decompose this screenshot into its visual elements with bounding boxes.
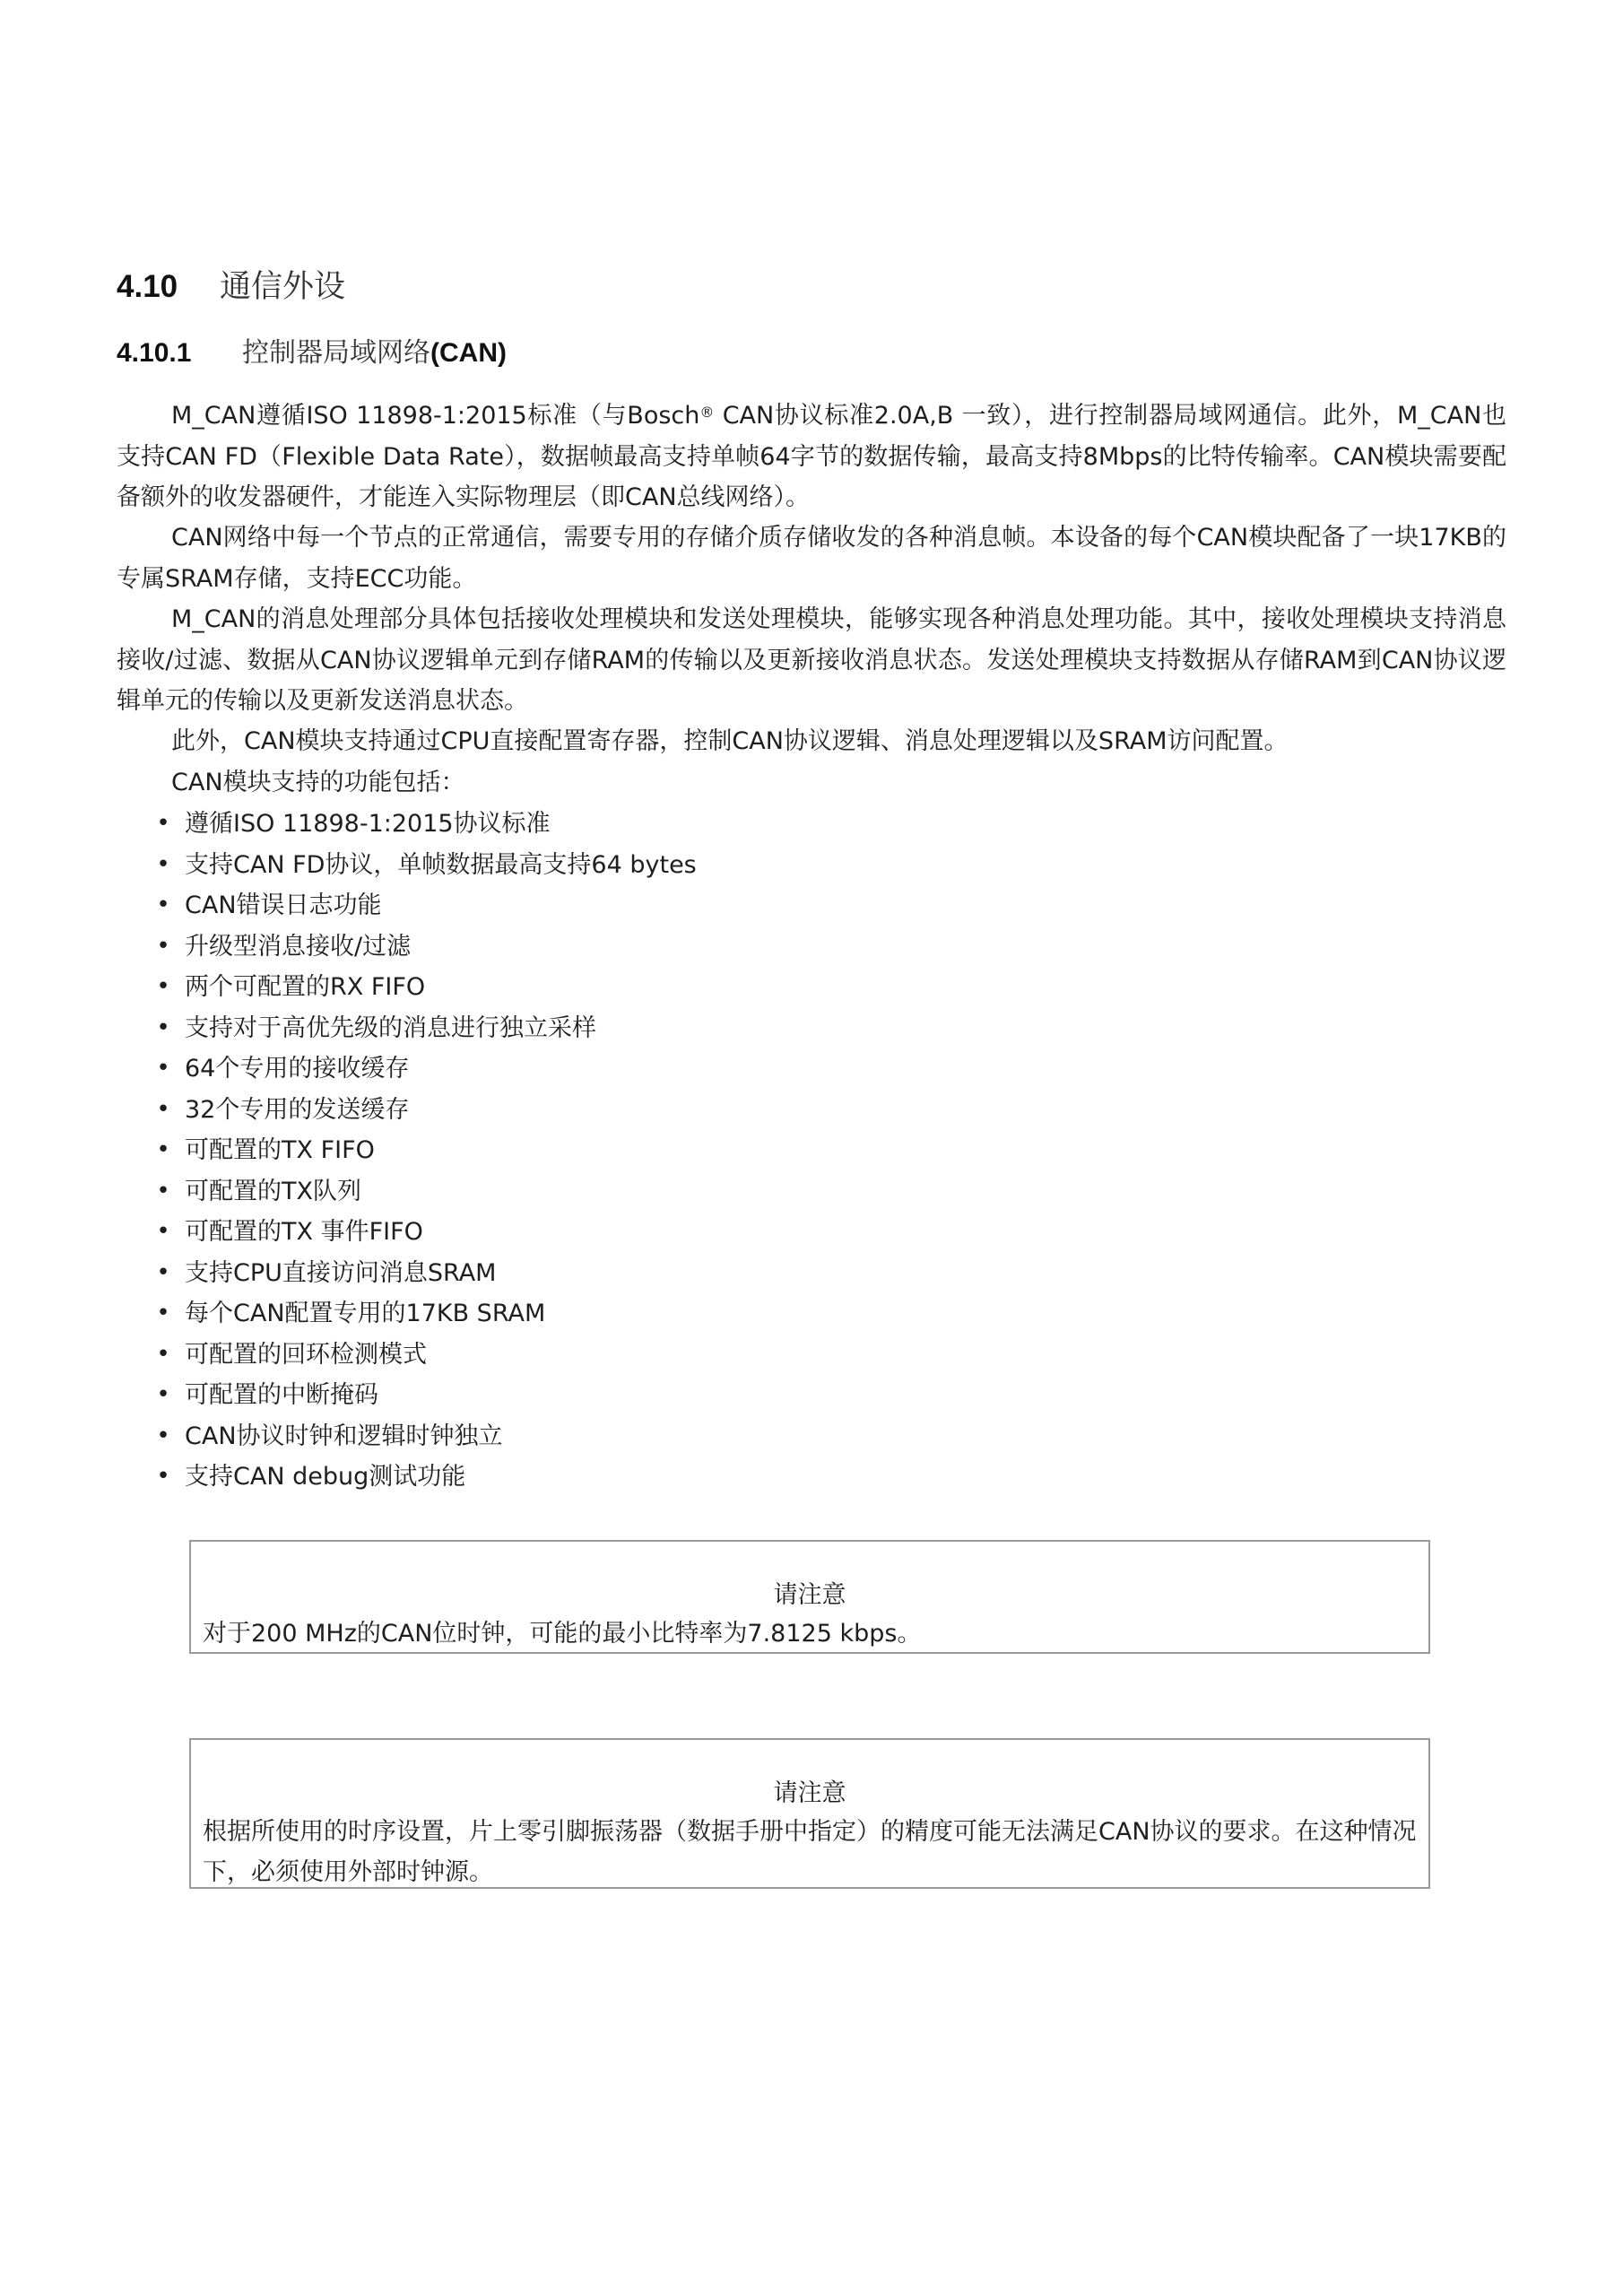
bullet-icon: • (154, 1253, 172, 1294)
list-item-text: 遵循ISO 11898-1:2015协议标准 (185, 810, 551, 838)
list-item-text: CAN协议时钟和逻辑时钟独立 (185, 1422, 503, 1450)
list-item-text: 每个CAN配置专用的17KB SRAM (185, 1300, 545, 1327)
bullet-icon: • (154, 1090, 172, 1131)
list-item-text: 支持CPU直接访问消息SRAM (185, 1259, 496, 1287)
list-item: •两个可配置的RX FIFO (154, 967, 697, 1008)
list-item-text: 两个可配置的RX FIFO (185, 973, 425, 1001)
section-number: 4.10 (117, 267, 220, 307)
list-item: •可配置的TX队列 (154, 1171, 697, 1213)
section-heading: 4.10通信外设 (117, 267, 345, 307)
bullet-icon: • (154, 967, 172, 1008)
bullet-icon: • (154, 804, 172, 845)
list-item-text: 可配置的回环检测模式 (185, 1341, 427, 1369)
paragraph-text: M_CAN遵循ISO 11898-1:2015标准（与Bosch (171, 402, 699, 430)
list-item-text: 支持CAN debug测试功能 (185, 1463, 465, 1491)
list-item: •遵循ISO 11898-1:2015协议标准 (154, 804, 697, 845)
list-item: •64个专用的接收缓存 (154, 1048, 697, 1090)
bullet-icon: • (154, 1130, 172, 1171)
note-box-bitrate: 请注意 对于200 MHz的CAN位时钟，可能的最小比特率为7.8125 kbp… (189, 1540, 1430, 1654)
list-item-text: 可配置的TX FIFO (185, 1136, 375, 1164)
list-item-text: 升级型消息接收/过滤 (185, 933, 411, 961)
bullet-icon: • (154, 1212, 172, 1253)
paragraph-feature-intro: CAN模块支持的功能包括： (171, 762, 1516, 804)
bullet-icon: • (154, 1416, 172, 1457)
bullet-icon: • (154, 1293, 172, 1335)
bullet-icon: • (154, 1171, 172, 1213)
list-item-text: 32个专用的发送缓存 (185, 1096, 409, 1124)
subsection-title-suffix: (CAN) (430, 338, 507, 368)
note-title: 请注意 (191, 1578, 1428, 1613)
list-item-text: 支持对于高优先级的消息进行独立采样 (185, 1014, 596, 1042)
paragraph-sram: CAN网络中每一个节点的正常通信，需要专用的存储介质存储收发的各种消息帧。本设备… (117, 517, 1506, 599)
bullet-icon: • (154, 1375, 172, 1416)
list-item: •可配置的TX 事件FIFO (154, 1212, 697, 1253)
note-box-clock-source: 请注意 根据所使用的时序设置，片上零引脚振荡器（数据手册中指定）的精度可能无法满… (189, 1738, 1430, 1889)
registered-mark: ® (699, 404, 714, 421)
note-title: 请注意 (191, 1776, 1428, 1812)
bullet-icon: • (154, 926, 172, 968)
section-title: 通信外设 (220, 269, 345, 305)
paragraph-cpu-config: 此外，CAN模块支持通过CPU直接配置寄存器，控制CAN协议逻辑、消息处理逻辑以… (171, 721, 1516, 762)
bullet-icon: • (154, 885, 172, 926)
list-item: •CAN协议时钟和逻辑时钟独立 (154, 1416, 697, 1457)
bullet-icon: • (154, 1048, 172, 1090)
subsection-number: 4.10.1 (117, 335, 242, 371)
list-item: •可配置的TX FIFO (154, 1130, 697, 1171)
list-item-text: 可配置的中断掩码 (185, 1381, 378, 1409)
subsection-title: 控制器局域网络 (242, 337, 430, 369)
note-body: 对于200 MHz的CAN位时钟，可能的最小比特率为7.8125 kbps。 (191, 1613, 1428, 1654)
list-item: •可配置的回环检测模式 (154, 1335, 697, 1376)
note-body: 根据所使用的时序设置，片上零引脚振荡器（数据手册中指定）的精度可能无法满足CAN… (191, 1812, 1428, 1892)
subsection-heading: 4.10.1控制器局域网络(CAN) (117, 335, 507, 371)
document-page: 4.10通信外设 4.10.1控制器局域网络(CAN) M_CAN遵循ISO 1… (0, 0, 1623, 2296)
list-item: •32个专用的发送缓存 (154, 1090, 697, 1131)
bullet-icon: • (154, 1335, 172, 1376)
list-item: •支持对于高优先级的消息进行独立采样 (154, 1008, 697, 1049)
paragraph-can-standard: M_CAN遵循ISO 11898-1:2015标准（与Bosch® CAN协议标… (117, 396, 1506, 518)
bullet-icon: • (154, 845, 172, 886)
paragraph-message-handling: M_CAN的消息处理部分具体包括接收处理模块和发送处理模块，能够实现各种消息处理… (117, 599, 1506, 722)
list-item-text: 可配置的TX队列 (185, 1178, 361, 1205)
list-item-text: 可配置的TX 事件FIFO (185, 1218, 423, 1246)
list-item-text: CAN错误日志功能 (185, 891, 382, 919)
list-item: •可配置的中断掩码 (154, 1375, 697, 1416)
list-item: •CAN错误日志功能 (154, 885, 697, 926)
list-item: •每个CAN配置专用的17KB SRAM (154, 1293, 697, 1335)
list-item-text: 支持CAN FD协议，单帧数据最高支持64 bytes (185, 851, 697, 879)
bullet-icon: • (154, 1457, 172, 1498)
feature-list: •遵循ISO 11898-1:2015协议标准 •支持CAN FD协议，单帧数据… (154, 804, 697, 1498)
list-item: •支持CPU直接访问消息SRAM (154, 1253, 697, 1294)
list-item-text: 64个专用的接收缓存 (185, 1055, 409, 1083)
bullet-icon: • (154, 1008, 172, 1049)
list-item: •支持CAN FD协议，单帧数据最高支持64 bytes (154, 845, 697, 886)
list-item: •支持CAN debug测试功能 (154, 1457, 697, 1498)
list-item: •升级型消息接收/过滤 (154, 926, 697, 968)
